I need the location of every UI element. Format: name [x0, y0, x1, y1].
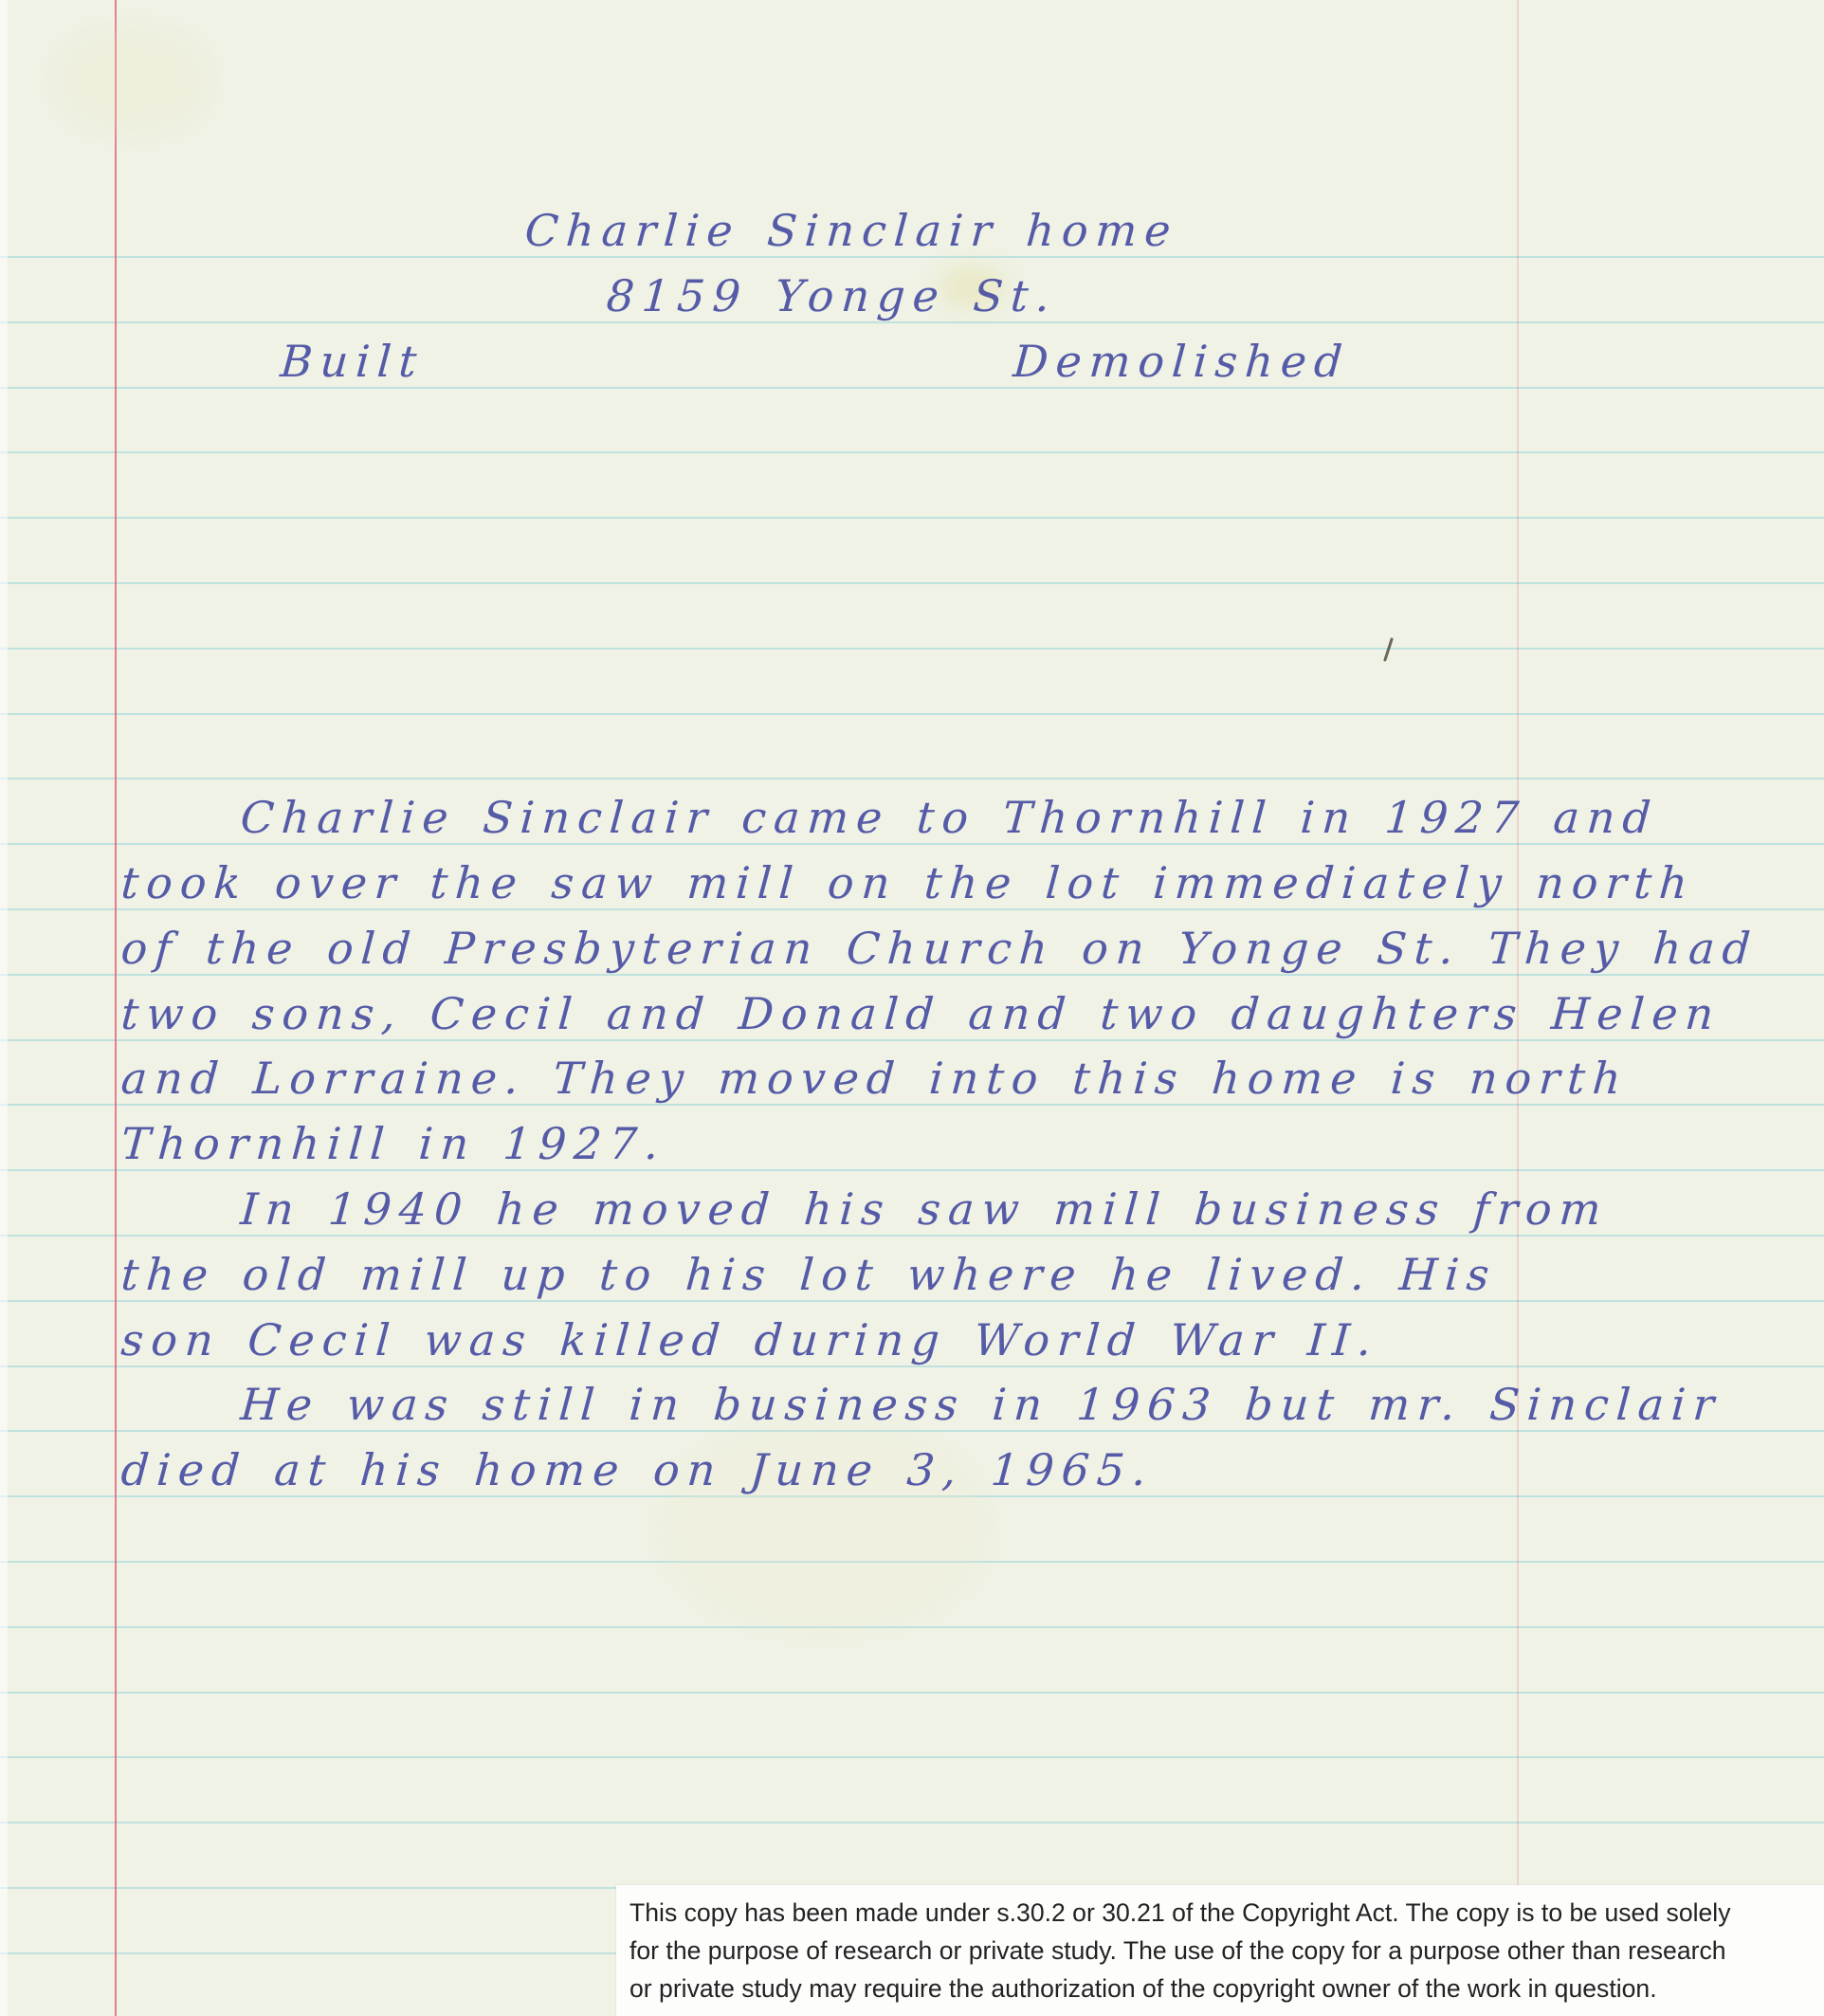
paper-stain: [57, 28, 209, 133]
ruled-line: [0, 1104, 1824, 1106]
demolished-label: Demolished: [1012, 336, 1352, 387]
copyright-notice-box: This copy has been made under s.30.2 or …: [616, 1885, 1824, 2016]
copyright-notice-line: or private study may require the authori…: [629, 1970, 1806, 2007]
ruled-line: [0, 1495, 1824, 1497]
ruled-line: [0, 1756, 1824, 1758]
handwritten-line: He was still in business in 1963 but mr.…: [239, 1379, 1724, 1430]
copyright-notice-line: This copy has been made under s.30.2 or …: [629, 1894, 1806, 1932]
document-title: Charlie Sinclair home: [523, 205, 1180, 256]
document-address: 8159 Yonge St.: [605, 270, 1059, 321]
ruled-line: [0, 908, 1824, 910]
ruled-line: [0, 451, 1824, 453]
handwritten-line: and Lorraine. They moved into this home …: [119, 1053, 1630, 1104]
ruled-line: [0, 1039, 1824, 1041]
ruled-line: [0, 1626, 1824, 1628]
ruled-line: [0, 321, 1824, 323]
ruled-line: [0, 256, 1824, 258]
ruled-line: [0, 843, 1824, 845]
ruled-line: [0, 713, 1824, 715]
ruled-line: [0, 1365, 1824, 1367]
scanned-notebook-page: Charlie Sinclair home 8159 Yonge St. Bui…: [0, 0, 1824, 2016]
ruled-line: [0, 387, 1824, 389]
handwritten-line: two sons, Cecil and Donald and two daugh…: [119, 988, 1723, 1039]
handwritten-line: In 1940 he moved his saw mill business f…: [239, 1183, 1610, 1235]
red-margin-line: [115, 0, 117, 2016]
ruled-line: [0, 1561, 1824, 1563]
ruled-line: [0, 974, 1824, 976]
handwritten-line: son Cecil was killed during World War II…: [119, 1314, 1380, 1365]
ruled-line: [0, 1822, 1824, 1824]
handwritten-line: took over the saw mill on the lot immedi…: [119, 857, 1697, 908]
ruled-line: [0, 582, 1824, 584]
page-left-edge: [0, 0, 8, 2016]
handwritten-line: Charlie Sinclair came to Thornhill in 19…: [239, 792, 1660, 843]
copyright-notice-line: for the purpose of research or private s…: [629, 1932, 1806, 1970]
handwritten-line: Thornhill in 1927.: [119, 1118, 667, 1169]
ruled-line: [0, 1169, 1824, 1171]
ruled-line: [0, 648, 1824, 650]
ruled-line: [0, 1692, 1824, 1694]
ruled-line: [0, 1235, 1824, 1237]
ruled-line: [0, 1300, 1824, 1302]
ruled-line: [0, 517, 1824, 519]
ruled-line: [0, 778, 1824, 779]
handwritten-line: died at his home on June 3, 1965.: [119, 1444, 1156, 1495]
ruled-line: [0, 1430, 1824, 1432]
stray-pen-mark: [1383, 637, 1394, 662]
handwritten-line: of the old Presbyterian Church on Yonge …: [119, 923, 1760, 974]
built-label: Built: [279, 336, 426, 387]
handwritten-line: the old mill up to his lot where he live…: [119, 1249, 1498, 1300]
